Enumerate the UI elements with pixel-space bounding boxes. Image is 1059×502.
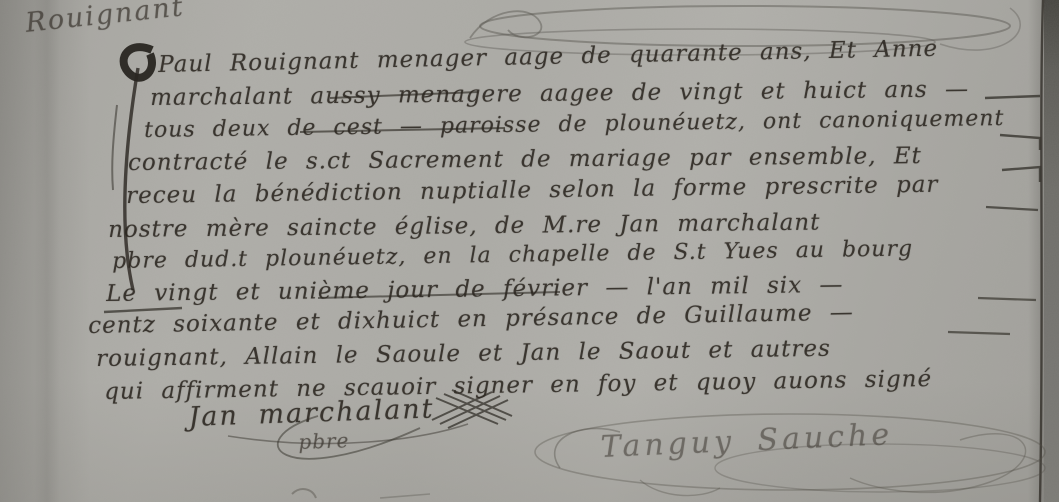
manuscript-line: contracté le s.ct Sacrement de mariage p…: [128, 143, 922, 176]
paper-fold-line: [34, 0, 60, 502]
initial-letter-stroke: [124, 47, 152, 78]
manuscript-line: tous deux de cest — paroisse de plounéue…: [144, 106, 1005, 143]
margin-note: Rouignant: [24, 0, 186, 39]
signature-left-title: pbre: [298, 428, 350, 454]
flourish-top-curl: [940, 8, 1020, 50]
manuscript-scan-page: Rouignant Paul Rouignant menager aage de…: [0, 0, 1059, 502]
manuscript-line: nostre mère saincte église, de M.re Jan …: [108, 210, 821, 243]
page-binding-edge: [1044, 0, 1059, 502]
manuscript-line: rouignant, Allain le Saoule et Jan le Sa…: [96, 336, 831, 372]
initial-letter-stroke: [112, 105, 117, 190]
manuscript-line: marchalant aussy menagere aagee de vingt…: [150, 76, 969, 111]
manuscript-line: pbre dud.t plounéuetz, en la chapelle de…: [112, 236, 913, 274]
manuscript-line: Paul Rouignant menager aage de quarante …: [158, 36, 938, 78]
manuscript-line: receu la bénédiction nuptialle selon la …: [126, 172, 939, 209]
line-end-dash: [948, 332, 1010, 334]
flourish-top-curl: [470, 11, 541, 38]
